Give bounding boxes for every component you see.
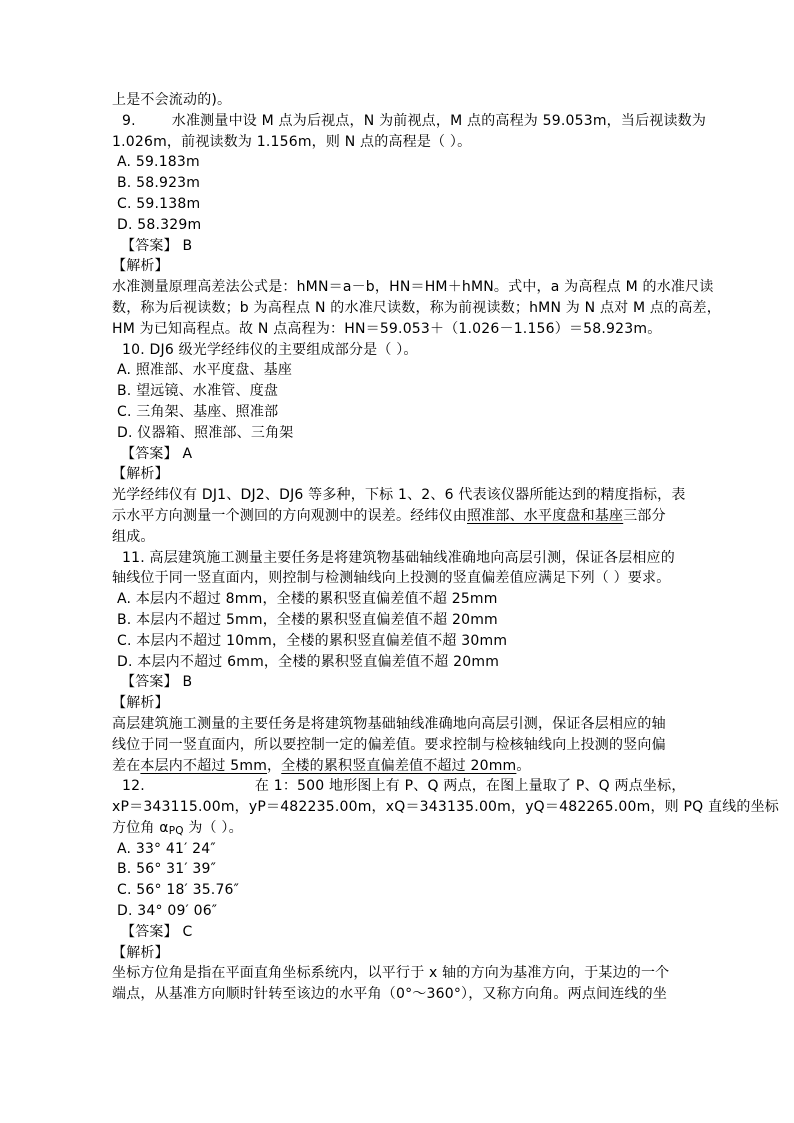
question-11-line-2: 轴线位于同一竖直面内，则控制与检测轴线向上投测的竖直偏差值应满足下列（ ）要求。 <box>112 568 698 589</box>
question-11-option-c: C. 本层内不超过 10mm，全楼的累积竖直偏差值不超 30mm <box>112 631 698 652</box>
text-run: 水准测量中设 M 点为后视点，N 为前视点，M 点的高程为 59.053m，当后… <box>172 113 706 129</box>
underlined-text: 全楼的累积竖直偏差值不超过 20mm <box>281 758 516 774</box>
question-10-analysis-line-2: 示水平方向测量一个测回的方向观测中的误差。经纬仪由照准部、水平度盘和基座三部分 <box>112 506 698 527</box>
question-10-analysis-line-1: 光学经纬仪有 DJ1、DJ2、DJ6 等多种，下标 1、2、6 代表该仪器所能达… <box>112 485 698 506</box>
text-run: 【解析】 <box>112 695 169 711</box>
text-run: 【答案】 B <box>121 238 192 254</box>
question-10-option-d: D. 仪器箱、照准部、三角架 <box>112 423 698 444</box>
question-11-answer: 【答案】 B <box>112 672 698 693</box>
text-run: 线位于同一竖直面内，所以要控制一定的偏差值。要求控制与检核轴线向上投测的竖向偏 <box>112 737 666 753</box>
text-run: 轴线位于同一竖直面内，则控制与检测轴线向上投测的竖直偏差值应满足下列（ ）要求。 <box>112 570 670 586</box>
question-9-analysis-label: 【解析】 <box>112 256 698 277</box>
question-11-analysis-line-3: 差在本层内不超过 5mm，全楼的累积竖直偏差值不超过 20mm。 <box>112 756 698 777</box>
question-11-analysis-line-2: 线位于同一竖直面内，所以要控制一定的偏差值。要求控制与检核轴线向上投测的竖向偏 <box>112 735 698 756</box>
question-9-option-a: A. 59.183m <box>112 152 698 173</box>
text-run: 【答案】 A <box>121 446 192 462</box>
text-run: D. 本层内不超过 6mm，全楼的累积竖直偏差值不超 20mm <box>117 654 499 670</box>
subscript-text: PQ <box>169 825 184 837</box>
text-run: A. 照准部、水平度盘、基座 <box>117 362 292 378</box>
text-run: A. 本层内不超过 8mm，全楼的累积竖直偏差值不超 25mm <box>117 591 498 607</box>
text-run: 12. <box>122 778 145 794</box>
question-12-option-c: C. 56° 18′ 35.76″ <box>112 880 698 901</box>
question-9-analysis-line-2: 数，称为后视读数；b 为高程点 N 的水准尺读数，称为前视读数；hMN 为 N … <box>112 298 698 319</box>
text-run: 【解析】 <box>112 945 169 961</box>
text-run: 。 <box>516 758 530 774</box>
text-run: 三部分 <box>623 508 666 524</box>
text-run: 差在 <box>112 758 140 774</box>
question-12-analysis-line-2: 端点，从基准方向顺时针转至该边的水平角（0°～360°），又称方向角。两点间连线… <box>112 984 698 1005</box>
text-run: 11. 高层建筑施工测量主要任务是将建筑物基础轴线准确地向高层引测，保证各层相应… <box>122 550 675 566</box>
text-run: 光学经纬仪有 DJ1、DJ2、DJ6 等多种，下标 1、2、6 代表该仪器所能达… <box>112 487 686 503</box>
text-run: 10. DJ6 级光学经纬仪的主要组成部分是（ ）。 <box>122 342 418 358</box>
question-9-analysis-line-3: HM 为已知高程点。故 N 点高程为：HN＝59.053＋（1.026－1.15… <box>112 319 698 340</box>
text-run: 高层建筑施工测量的主要任务是将建筑物基础轴线准确地向高层引测，保证各层相应的轴 <box>112 716 666 732</box>
text-run: 示水平方向测量一个测回的方向观测中的误差。经纬仪由 <box>112 508 467 524</box>
text-run: 9. <box>122 113 136 129</box>
question-12-analysis-label: 【解析】 <box>112 943 698 964</box>
question-12-line-1: 12.在 1：500 地形图上有 P、Q 两点，在图上量取了 P、Q 两点坐标， <box>112 776 698 797</box>
question-12-option-b: B. 56° 31′ 39″ <box>112 859 698 880</box>
document-page: 上是不会流动的)。9.水准测量中设 M 点为后视点，N 为前视点，M 点的高程为… <box>0 0 794 1123</box>
question-12-line-3: 方位角 αPQ 为（ ）。 <box>112 818 698 839</box>
text-run: 【答案】 B <box>121 674 192 690</box>
text-run: 1.026m，前视读数为 1.156m，则 N 点的高程是（ ）。 <box>112 134 471 150</box>
question-12-option-a: A. 33° 41′ 24″ <box>112 839 698 860</box>
question-11-option-b: B. 本层内不超过 5mm，全楼的累积竖直偏差值不超 20mm <box>112 610 698 631</box>
text-run: B. 本层内不超过 5mm，全楼的累积竖直偏差值不超 20mm <box>117 612 498 628</box>
question-9-answer: 【答案】 B <box>112 236 698 257</box>
text-run: 水准测量原理高差法公式是：hMN＝a－b，HN＝HM＋hMN。式中，a 为高程点… <box>112 279 714 295</box>
question-9-line-2: 1.026m，前视读数为 1.156m，则 N 点的高程是（ ）。 <box>112 132 698 153</box>
underlined-text: 本层内不超过 5mm <box>140 758 267 774</box>
question-12-analysis-line-1: 坐标方位角是指在平面直角坐标系统内，以平行于 x 轴的方向为基准方向，于某边的一… <box>112 963 698 984</box>
text-run: D. 58.329m <box>117 217 201 233</box>
text-run: ， <box>267 758 281 774</box>
text-run: 为（ ）。 <box>184 820 243 836</box>
text-run: HM 为已知高程点。故 N 点高程为：HN＝59.053＋（1.026－1.15… <box>112 321 661 337</box>
text-run: 【答案】 C <box>121 924 192 940</box>
question-12-line-2: xP＝343115.00m，yP＝482235.00m，xQ＝343135.00… <box>112 797 698 818</box>
question-10-line-1: 10. DJ6 级光学经纬仪的主要组成部分是（ ）。 <box>112 340 698 361</box>
question-11-option-a: A. 本层内不超过 8mm，全楼的累积竖直偏差值不超 25mm <box>112 589 698 610</box>
question-12-option-d: D. 34° 09′ 06″ <box>112 901 698 922</box>
text-run: B. 58.923m <box>117 175 200 191</box>
question-9-line-1: 9.水准测量中设 M 点为后视点，N 为前视点，M 点的高程为 59.053m，… <box>112 111 698 132</box>
question-9-analysis-line-1: 水准测量原理高差法公式是：hMN＝a－b，HN＝HM＋hMN。式中，a 为高程点… <box>112 277 698 298</box>
question-9-option-c: C. 59.138m <box>112 194 698 215</box>
carryover-text: 上是不会流动的)。 <box>112 90 698 111</box>
text-run: C. 三角架、基座、照准部 <box>117 404 278 420</box>
text-run: 方位角 α <box>112 820 169 836</box>
text-run: A. 59.183m <box>117 154 200 170</box>
text-run: D. 仪器箱、照准部、三角架 <box>117 425 293 441</box>
text-run: B. 56° 31′ 39″ <box>117 861 216 877</box>
question-10-answer: 【答案】 A <box>112 444 698 465</box>
text-run: 【解析】 <box>112 258 169 274</box>
question-10-option-c: C. 三角架、基座、照准部 <box>112 402 698 423</box>
text-run: 上是不会流动的)。 <box>112 92 231 108</box>
text-run: C. 56° 18′ 35.76″ <box>117 882 239 898</box>
question-11-option-d: D. 本层内不超过 6mm，全楼的累积竖直偏差值不超 20mm <box>112 652 698 673</box>
spacing-gap <box>136 124 172 125</box>
question-9-option-d: D. 58.329m <box>112 215 698 236</box>
question-10-analysis-line-3: 组成。 <box>112 527 698 548</box>
underlined-text: 照准部、水平度盘和基座 <box>467 508 623 524</box>
text-run: xP＝343115.00m，yP＝482235.00m，xQ＝343135.00… <box>112 799 779 815</box>
question-11-analysis-label: 【解析】 <box>112 693 698 714</box>
text-run: 数，称为后视读数；b 为高程点 N 的水准尺读数，称为前视读数；hMN 为 N … <box>112 300 721 316</box>
question-11-analysis-line-1: 高层建筑施工测量的主要任务是将建筑物基础轴线准确地向高层引测，保证各层相应的轴 <box>112 714 698 735</box>
text-run: A. 33° 41′ 24″ <box>117 841 216 857</box>
text-run: 坐标方位角是指在平面直角坐标系统内，以平行于 x 轴的方向为基准方向，于某边的一… <box>112 965 669 981</box>
text-run: B. 望远镜、水准管、度盘 <box>117 383 278 399</box>
question-10-analysis-label: 【解析】 <box>112 464 698 485</box>
question-12-answer: 【答案】 C <box>112 922 698 943</box>
document-text-area: 上是不会流动的)。9.水准测量中设 M 点为后视点，N 为前视点，M 点的高程为… <box>112 90 698 1005</box>
question-10-option-a: A. 照准部、水平度盘、基座 <box>112 360 698 381</box>
text-run: C. 本层内不超过 10mm，全楼的累积竖直偏差值不超 30mm <box>117 633 507 649</box>
text-run: C. 59.138m <box>117 196 200 212</box>
text-run: 【解析】 <box>112 466 169 482</box>
question-10-option-b: B. 望远镜、水准管、度盘 <box>112 381 698 402</box>
text-run: 在 1：500 地形图上有 P、Q 两点，在图上量取了 P、Q 两点坐标， <box>255 778 686 794</box>
text-run: 组成。 <box>112 529 155 545</box>
question-9-option-b: B. 58.923m <box>112 173 698 194</box>
question-11-line-1: 11. 高层建筑施工测量主要任务是将建筑物基础轴线准确地向高层引测，保证各层相应… <box>112 548 698 569</box>
spacing-gap <box>145 789 255 790</box>
text-run: 端点，从基准方向顺时针转至该边的水平角（0°～360°），又称方向角。两点间连线… <box>112 986 667 1002</box>
text-run: D. 34° 09′ 06″ <box>117 903 217 919</box>
